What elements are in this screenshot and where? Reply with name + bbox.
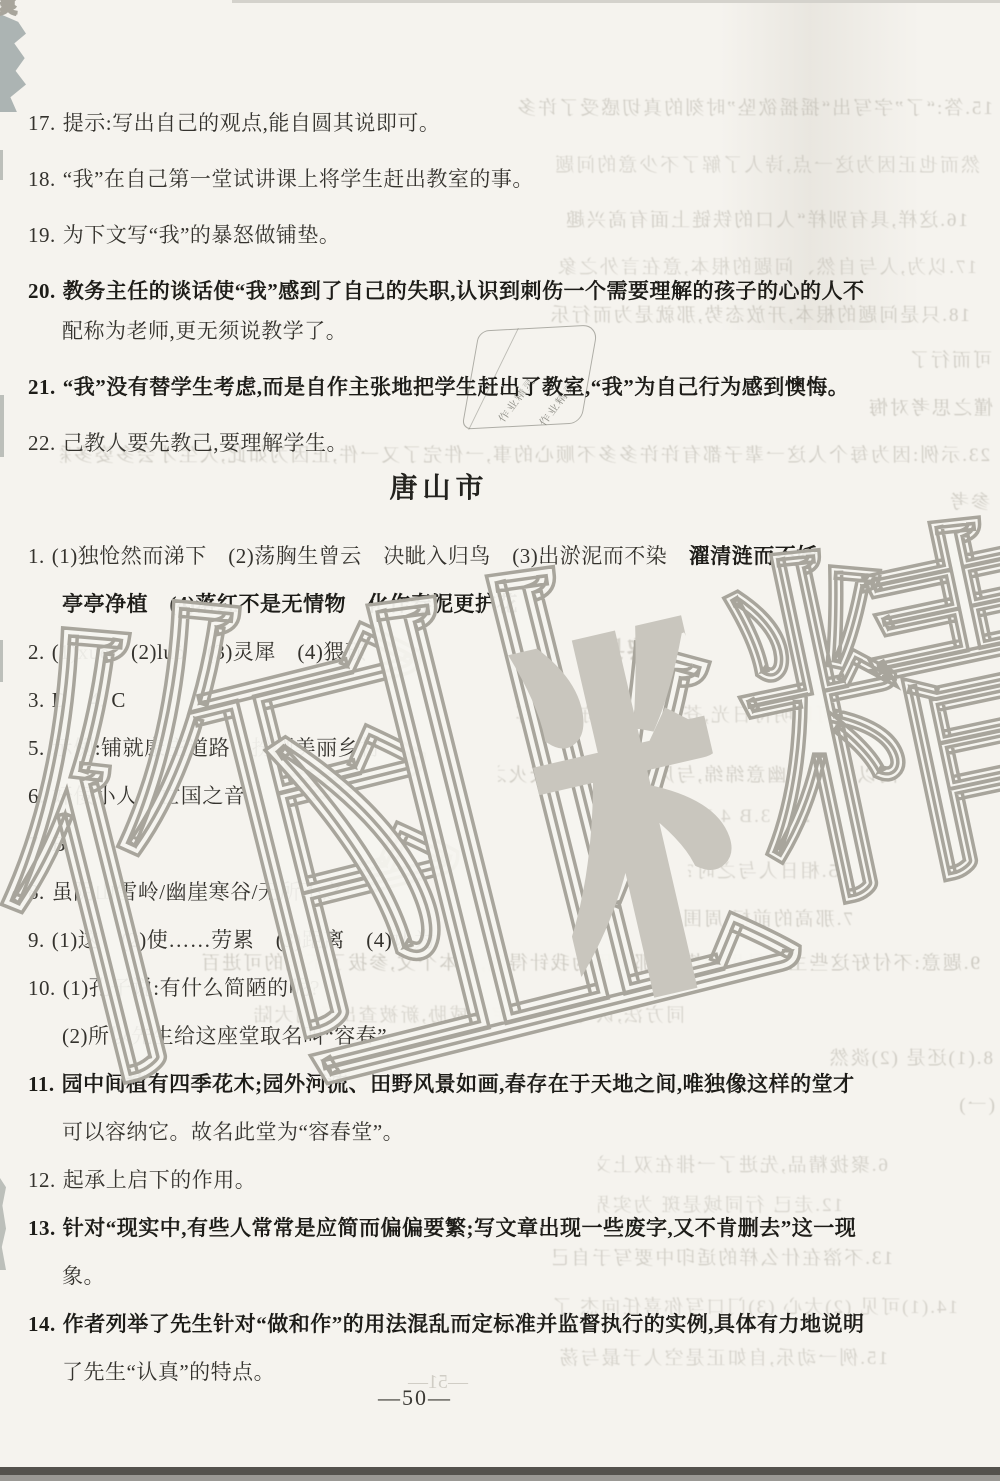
answer-text: 己教人要先教己,要理解学生。 bbox=[63, 431, 348, 455]
answer-line: 17.提示:写出自己的观点,能自圆其说即可。 bbox=[0, 112, 990, 134]
page-bottom-edge bbox=[0, 1467, 1000, 1475]
answer-text: 濯清涟而不妖 bbox=[689, 544, 818, 568]
answer-line-wrap: 象。 bbox=[0, 1265, 990, 1287]
answer-number: 2. bbox=[28, 640, 45, 664]
answer-text: (1)独怆然而涕下 (2)荡胸生曾云 决眦入归鸟 (3)出淤泥而不染 bbox=[52, 544, 689, 568]
answer-line: 18.“我”在自己第一堂试讲课上将学生赶出教室的事。 bbox=[0, 168, 990, 190]
answer-line-wrap: (2)所以先生给这座堂取名叫“容春”。 bbox=[0, 1025, 990, 1047]
answer-text: (1)xué (2)luò (3)灵犀 (4)猥琐 bbox=[52, 640, 367, 664]
answer-line: 19.为下文写“我”的暴怒做铺垫。 bbox=[0, 224, 990, 246]
answer-text: “我”没有替学生考虑,而是自作主张地把学生赶出了教室,“我”为自己行为感到懊悔。 bbox=[63, 375, 850, 399]
answer-text: 作者列举了先生针对“做和作”的用法混乱而定标准并监督执行的实例,具体有力地说明 bbox=[63, 1312, 865, 1336]
answer-text: (1)这 (2)使……劳累 (3)距离 (4)认为 bbox=[52, 928, 435, 952]
answer-number: 11. bbox=[28, 1072, 55, 1096]
answer-number: 22. bbox=[28, 431, 56, 455]
answer-text: 象。 bbox=[62, 1264, 105, 1288]
page-number-bleed: —51— bbox=[408, 1371, 468, 1394]
answer-number: 6. bbox=[28, 784, 45, 808]
answer-line: 11.园中间植有四季花木;园外河流、田野风景如画,春存在于天地之间,唯独像这样的… bbox=[0, 1073, 990, 1095]
answer-number: 13. bbox=[28, 1216, 56, 1240]
bleed-text: 参考 bbox=[928, 487, 990, 514]
answer-text: 示例:铺就康庄道路 扮靓美丽乡村 bbox=[52, 736, 381, 760]
answer-number: 5. bbox=[28, 736, 45, 760]
answer-text: 提示:写出自己的观点,能自圆其说即可。 bbox=[63, 111, 441, 135]
scanned-answer-page: { "title": "唐山市", "footer": { "page_numb… bbox=[0, 0, 1000, 1481]
watermark-char: 灵 bbox=[0, 0, 16, 16]
answer-line: 5.示例:铺就康庄道路 扮靓美丽乡村 bbox=[0, 737, 990, 759]
section-title: 唐山市 bbox=[0, 466, 878, 506]
answer-line-wrap: 了先生“认真”的特点。 bbox=[0, 1361, 990, 1383]
answers-section-top: 17.提示:写出自己的观点,能自圆其说即可。18.“我”在自己第一堂试讲课上将学… bbox=[0, 112, 990, 454]
answer-number: 10. bbox=[28, 976, 56, 1000]
answer-number: 3. bbox=[28, 688, 45, 712]
page-bottom-edge-light bbox=[0, 1475, 1000, 1481]
answer-line: 12.起承上启下的作用。 bbox=[0, 1169, 990, 1191]
answer-line: 8.虽阴山雪岭/幽崖寒谷/无所不之 bbox=[0, 881, 990, 903]
answer-text: 奸佞小人 亡国之音 bbox=[52, 784, 246, 808]
answers-section-tangshan: 1.(1)独怆然而涕下 (2)荡胸生曾云 决眦入归鸟 (3)出淤泥而不染 濯清涟… bbox=[0, 545, 990, 1383]
answer-text: (2)所以先生给这座堂取名叫“容春”。 bbox=[62, 1024, 409, 1048]
answer-line: 10.(1)孔子说:有什么简陋的呢? bbox=[0, 977, 990, 999]
answer-text: D 4. C bbox=[52, 688, 126, 712]
answer-line: 7.B bbox=[0, 833, 990, 855]
answer-line: 3.D 4. C bbox=[0, 689, 990, 711]
answer-line: 14.作者列举了先生针对“做和作”的用法混乱而定标准并监督执行的实例,具体有力地… bbox=[0, 1313, 990, 1335]
answer-text: 亭亭净植 (4)落红不是无情物 化作春泥更护花 bbox=[62, 592, 518, 616]
answer-number: 21. bbox=[28, 375, 56, 399]
answer-number: 8. bbox=[28, 880, 45, 904]
answer-number: 19. bbox=[28, 223, 56, 247]
answer-text: (1)孔子说:有什么简陋的呢? bbox=[63, 976, 320, 1000]
answer-text: 起承上启下的作用。 bbox=[63, 1168, 257, 1192]
answer-line-wrap: 可以容纳它。故名此堂为“容春堂”。 bbox=[0, 1121, 990, 1143]
answer-text: 为下文写“我”的暴怒做铺垫。 bbox=[63, 223, 341, 247]
answer-number: 17. bbox=[28, 111, 56, 135]
answer-text: 虽阴山雪岭/幽崖寒谷/无所不之 bbox=[52, 880, 344, 904]
torn-corner bbox=[0, 14, 26, 112]
answer-text: 教务主任的谈话使“我”感到了自己的失职,认识到刺伤一个需要理解的孩子的心的人不 bbox=[63, 279, 865, 303]
answer-text: “我”在自己第一堂试讲课上将学生赶出教室的事。 bbox=[63, 167, 534, 191]
answer-text: 园中间植有四季花木;园外河流、田野风景如画,春存在于天地之间,唯独像这样的堂才 bbox=[62, 1072, 855, 1096]
answer-number: 14. bbox=[28, 1312, 56, 1336]
answer-line: 20.教务主任的谈话使“我”感到了自己的失职,认识到刺伤一个需要理解的孩子的心的… bbox=[0, 280, 990, 302]
answer-number: 12. bbox=[28, 1168, 56, 1192]
answer-number: 9. bbox=[28, 928, 45, 952]
answer-line: 21.“我”没有替学生考虑,而是自作主张地把学生赶出了教室,“我”为自己行为感到… bbox=[0, 376, 990, 398]
answer-line: 13.针对“现实中,有些人常常是应简而偏偏要繁;写文章出现一些废字,又不肯删去”… bbox=[0, 1217, 990, 1239]
answer-line: 2.(1)xué (2)luò (3)灵犀 (4)猥琐 bbox=[0, 641, 990, 663]
answer-number: 18. bbox=[28, 167, 56, 191]
answer-line: 22.己教人要先教己,要理解学生。 bbox=[0, 432, 990, 454]
answer-text: 了先生“认真”的特点。 bbox=[62, 1360, 275, 1384]
answer-text: 针对“现实中,有些人常常是应简而偏偏要繁;写文章出现一些废字,又不肯删去”这一现 bbox=[63, 1216, 857, 1240]
answer-text: B bbox=[52, 832, 67, 856]
answer-text: 可以容纳它。故名此堂为“容春堂”。 bbox=[62, 1120, 404, 1144]
answer-line-wrap: 配称为老师,更无须说教学了。 bbox=[0, 320, 990, 342]
answer-line: 1.(1)独怆然而涕下 (2)荡胸生曾云 决眦入归鸟 (3)出淤泥而不染 濯清涟… bbox=[0, 545, 990, 567]
page-top-edge bbox=[232, 0, 1000, 3]
answer-number: 20. bbox=[28, 279, 56, 303]
answer-number: 1. bbox=[28, 544, 45, 568]
answer-line: 6.奸佞小人 亡国之音 bbox=[0, 785, 990, 807]
answer-number: 7. bbox=[28, 832, 45, 856]
answer-line-wrap: 亭亭净植 (4)落红不是无情物 化作春泥更护花 bbox=[0, 593, 990, 615]
answer-text: 配称为老师,更无须说教学了。 bbox=[62, 319, 347, 343]
answer-line: 9.(1)这 (2)使……劳累 (3)距离 (4)认为 bbox=[0, 929, 990, 951]
